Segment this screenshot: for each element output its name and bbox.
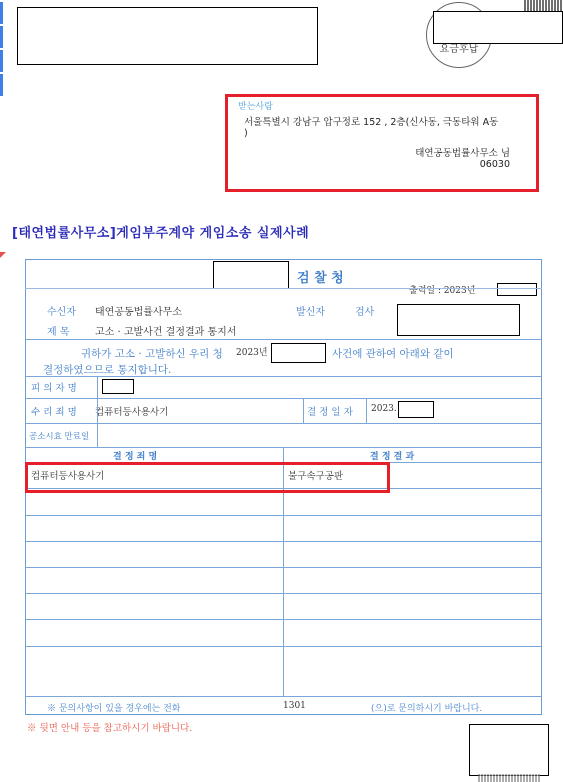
address-line-1: 서울특별시 강남구 압구정로 152 , 2층(신사동, 극동타워 A동	[244, 114, 498, 128]
divider	[25, 398, 542, 399]
edge-mark	[0, 74, 3, 96]
headline: [태연법률사무소]게임부주계약 게임소송 실제사례	[12, 222, 309, 241]
row-divider	[25, 593, 542, 594]
charge-label: 수 리 죄 명	[31, 404, 77, 418]
row-divider	[25, 541, 542, 542]
divider	[303, 398, 304, 423]
recipient-label: 받는사람	[238, 99, 273, 112]
contact-part1: ※ 문의사항이 있을 경우에는 전화	[47, 701, 180, 714]
agency-title: 검 찰 청	[297, 267, 344, 286]
message-part1: 귀하가 고소 · 고발하신 우리 청	[81, 346, 223, 361]
row-divider	[25, 515, 542, 516]
zip-code: 06030	[480, 159, 510, 170]
row-divider	[25, 619, 542, 620]
redacted-decision-date	[398, 401, 434, 418]
row-divider	[25, 646, 542, 647]
subject-label: 제 목	[47, 323, 70, 338]
redacted-sender-box	[17, 7, 318, 65]
decision-date-label: 결 정 일 자	[307, 404, 353, 418]
divider	[25, 423, 542, 424]
redacted-prosecutor	[397, 304, 520, 336]
message-part2: 사건에 관하여 아래와 같이	[332, 346, 454, 361]
suspect-label: 피 의 자 명	[31, 380, 77, 394]
redacted-seal	[469, 724, 549, 776]
divider	[25, 288, 542, 289]
divider	[366, 398, 367, 423]
redacted-suspect	[102, 379, 134, 394]
message-year: 2023년	[236, 345, 268, 358]
message-line2: 결정하였으므로 통지합니다.	[43, 362, 171, 377]
divider	[25, 696, 542, 697]
print-date-label: 출력일 : 2023년	[409, 283, 475, 296]
contact-part2: (으)로 문의하시기 바랍니다.	[371, 701, 482, 714]
redacted-stamp-box	[433, 11, 563, 44]
receiver-value: 태연공동법률사무소	[95, 303, 182, 318]
prosecutor-label: 검사	[355, 303, 374, 318]
statute-label: 공소시효 만료일	[29, 430, 89, 442]
highlight-decision-row	[25, 462, 390, 493]
divider	[25, 376, 542, 377]
charge-value: 컴퓨터등사용사기	[95, 404, 168, 418]
recipient-box: 받는사람 서울특별시 강남구 압구정로 152 , 2층(신사동, 극동타워 A…	[225, 94, 539, 192]
barcode-icon	[478, 774, 540, 782]
col-result-header: 결 정 결 과	[370, 449, 414, 462]
footnote: ※ 뒷면 안내 등을 참고하시기 바랍니다.	[27, 720, 192, 734]
redacted-print-date	[497, 283, 537, 296]
decision-date-value: 2023.	[371, 404, 397, 414]
divider	[25, 339, 542, 340]
redacted-case-number	[271, 343, 326, 363]
col-crime-header: 결 정 죄 명	[113, 449, 157, 462]
receiver-label: 수신자	[47, 303, 76, 318]
divider	[97, 376, 98, 447]
row-divider	[25, 567, 542, 568]
subject-value: 고소 · 고발사건 결정결과 통지서	[95, 323, 236, 338]
corner-mark	[0, 252, 6, 258]
address-line-2: )	[244, 128, 248, 139]
contact-phone: 1301	[283, 701, 306, 711]
redacted-agency-name	[213, 261, 289, 289]
edge-mark	[0, 50, 3, 72]
edge-mark	[0, 2, 3, 24]
recipient-name: 태연공동법률사무소 님	[415, 145, 510, 159]
edge-mark	[0, 26, 3, 48]
sender-label: 발신자	[296, 303, 325, 318]
